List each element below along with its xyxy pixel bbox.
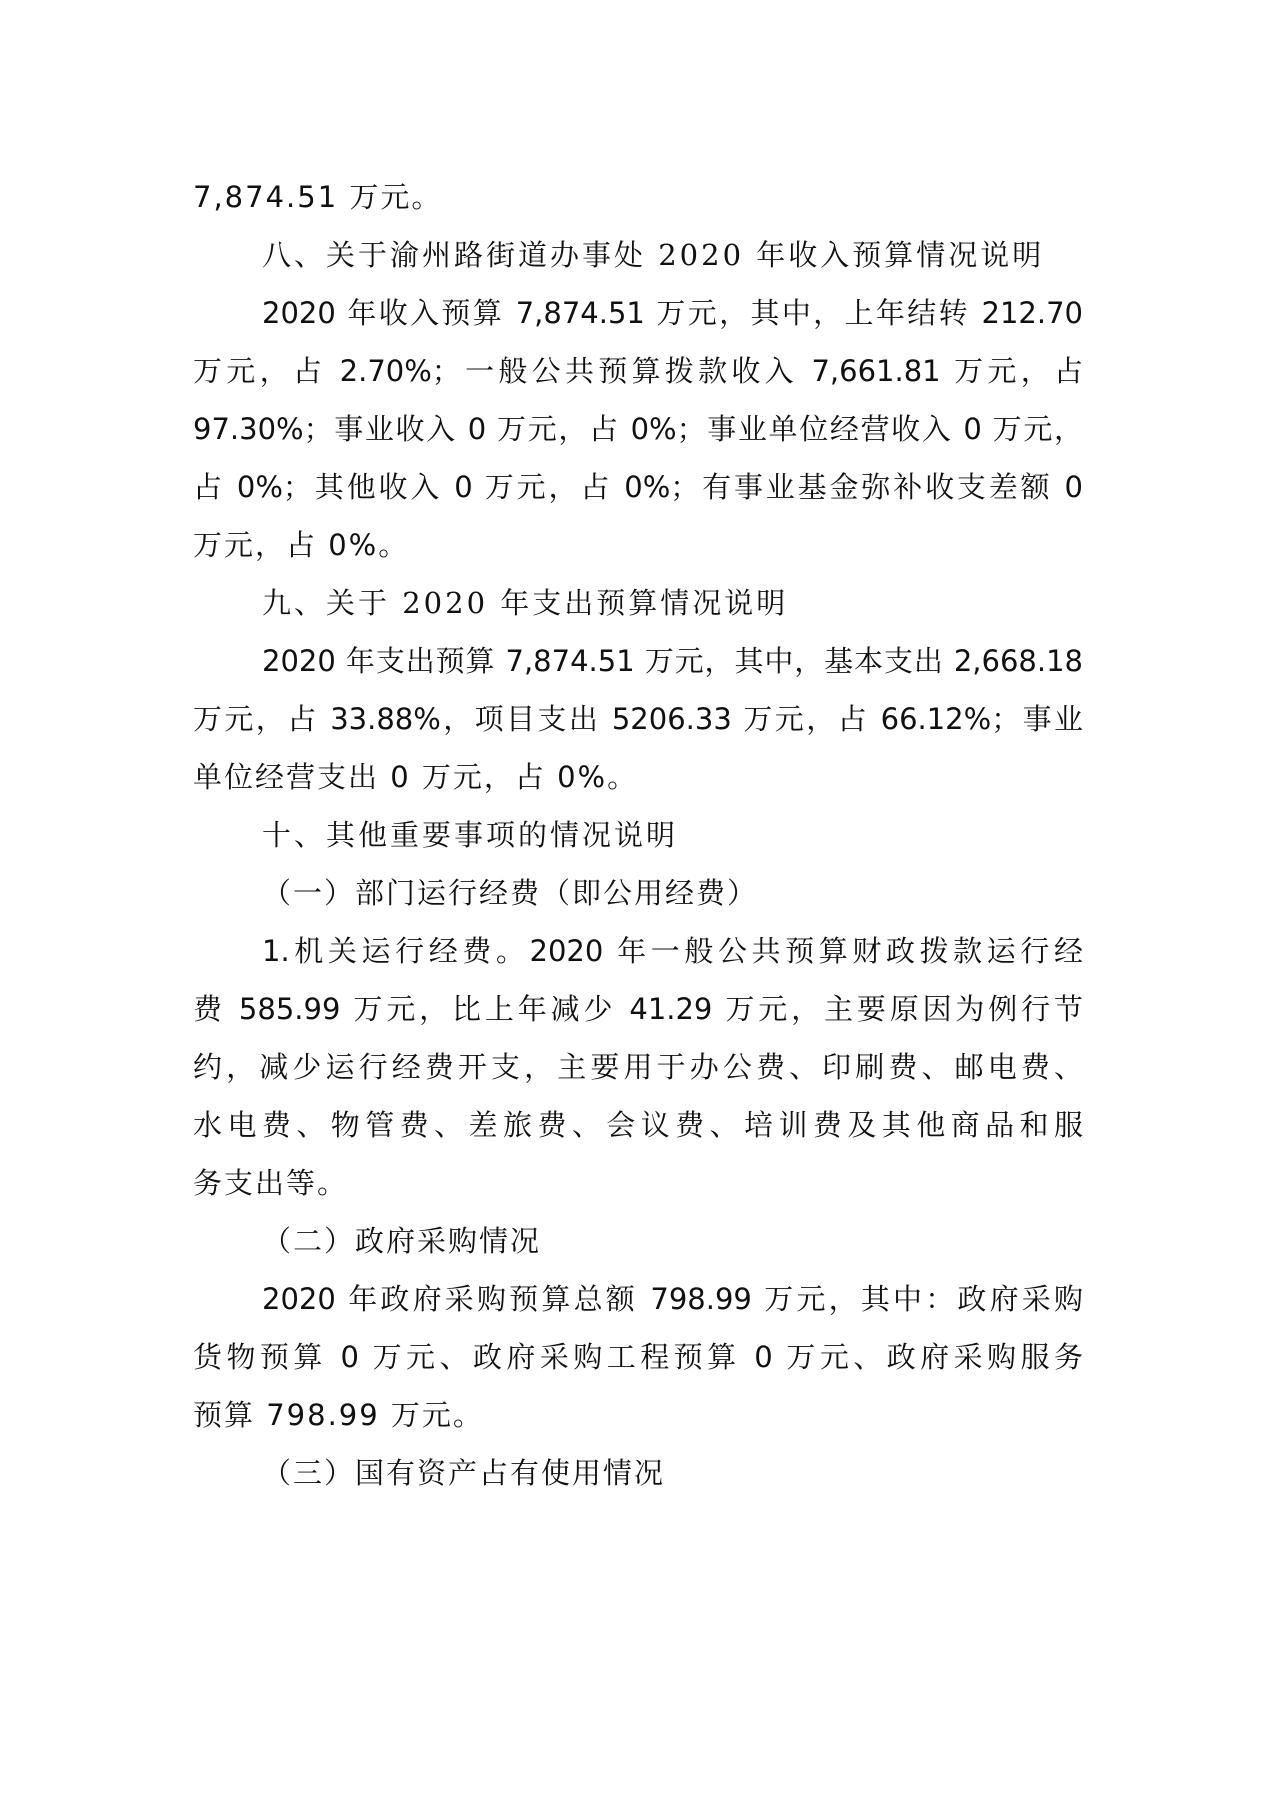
- paragraph-line: 2020 年支出预算 7,874.51 万元，其中，基本支出 2,668.18: [193, 632, 1083, 690]
- paragraph-line: 货物预算 0 万元、政府采购工程预算 0 万元、政府采购服务: [193, 1328, 1083, 1386]
- paragraph-line: 单位经营支出 0 万元，占 0%。: [193, 748, 1083, 806]
- paragraph-line: 万元，占 33.88%，项目支出 5206.33 万元，占 66.12%；事业: [193, 690, 1083, 748]
- paragraph-line: 务支出等。: [193, 1154, 1083, 1212]
- document-page: 7,874.51 万元。 八、关于渝州路街道办事处 2020 年收入预算情况说明…: [193, 168, 1083, 1502]
- subsection-heading-operating-costs: （一）部门运行经费（即公用经费）: [193, 864, 1083, 922]
- section-heading-expense-budget: 九、关于 2020 年支出预算情况说明: [193, 574, 1083, 632]
- paragraph-line: 1.机关运行经费。2020 年一般公共预算财政拨款运行经: [193, 922, 1083, 980]
- subsection-heading-state-assets: （三）国有资产占有使用情况: [193, 1444, 1083, 1502]
- paragraph-line: 水电费、物管费、差旅费、会议费、培训费及其他商品和服: [193, 1096, 1083, 1154]
- paragraph-line: 2020 年政府采购预算总额 798.99 万元，其中：政府采购: [193, 1270, 1083, 1328]
- paragraph-line: 7,874.51 万元。: [193, 168, 1083, 226]
- paragraph-line: 万元，占 0%。: [193, 516, 1083, 574]
- paragraph-line: 97.30%；事业收入 0 万元，占 0%；事业单位经营收入 0 万元，: [193, 400, 1083, 458]
- section-heading-income-budget: 八、关于渝州路街道办事处 2020 年收入预算情况说明: [193, 226, 1083, 284]
- section-heading-other-matters: 十、其他重要事项的情况说明: [193, 806, 1083, 864]
- paragraph-line: 2020 年收入预算 7,874.51 万元，其中，上年结转 212.70: [193, 284, 1083, 342]
- paragraph-line: 费 585.99 万元，比上年减少 41.29 万元，主要原因为例行节: [193, 980, 1083, 1038]
- paragraph-line: 万元，占 2.70%；一般公共预算拨款收入 7,661.81 万元，占: [193, 342, 1083, 400]
- paragraph-line: 预算 798.99 万元。: [193, 1386, 1083, 1444]
- paragraph-line: 占 0%；其他收入 0 万元，占 0%；有事业基金弥补收支差额 0: [193, 458, 1083, 516]
- paragraph-line: 约，减少运行经费开支，主要用于办公费、印刷费、邮电费、: [193, 1038, 1083, 1096]
- subsection-heading-procurement: （二）政府采购情况: [193, 1212, 1083, 1270]
